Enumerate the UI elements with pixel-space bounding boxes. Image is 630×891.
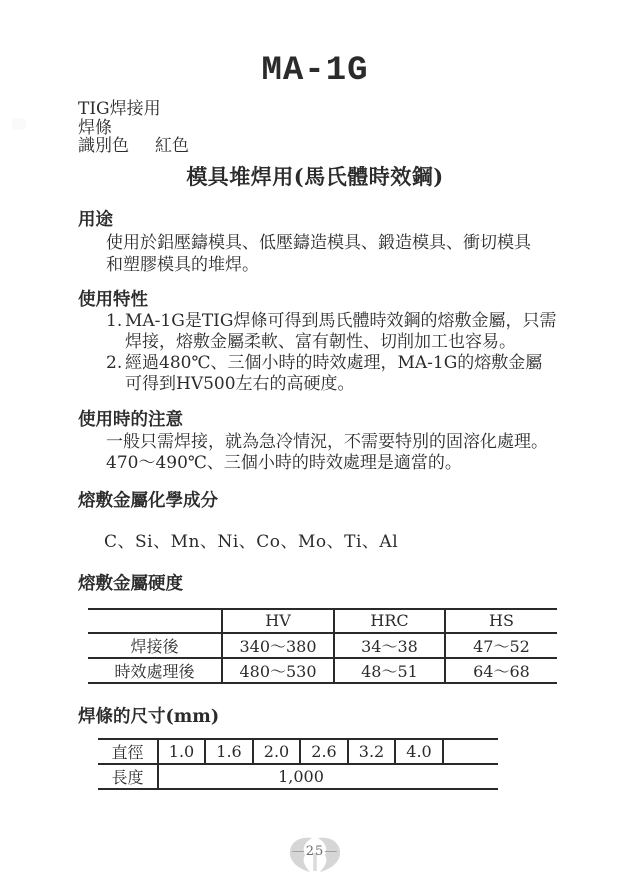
footer-dash-left: — [292, 844, 306, 859]
section-heading-usage: 用途 [78, 210, 630, 231]
precautions-line-1: 一般只需焊接，就為急冷情況，不需要特別的固溶化處理。 [106, 432, 590, 453]
feature-text: MA-1G是TIG焊條可得到馬氏體時效鋼的熔敷金屬，只需 [125, 311, 556, 331]
section-heading-hardness: 熔敷金屬硬度 [78, 574, 630, 595]
hardness-row1-label: 焊接後 [88, 633, 222, 658]
dimensions-table: 直徑 1.0 1.6 2.0 2.6 3.2 4.0 長度 1,000 [98, 738, 498, 790]
diameter-value: 2.6 [300, 739, 348, 764]
color-value: 紅色 [155, 136, 189, 156]
usage-paragraph: 使用於鋁壓鑄模具、低壓鑄造模具、鍛造模具、衝切模具 和塑膠模具的堆焊。 [106, 232, 590, 276]
meta-line-process: TIG焊接用 [78, 100, 630, 119]
length-value: 1,000 [158, 764, 498, 789]
page-footer: —25— [0, 835, 630, 875]
chemical-elements: C、Si、Mn、Ni、Co、Mo、Ti、Al [104, 527, 630, 552]
application-subtitle: 模具堆焊用(馬氏體時效鋼) [0, 164, 630, 190]
table-row: 焊接後 340～380 34～38 47～52 [88, 633, 557, 658]
precautions-paragraph: 一般只需焊接，就為急冷情況，不需要特別的固溶化處理。 470～490℃、三個小時… [106, 432, 590, 474]
scan-smudge [12, 118, 26, 130]
diameter-value: 1.6 [205, 739, 253, 764]
feature-item-2: 2.經過480℃、三個小時的時效處理，MA-1G的熔敷金屬 可得到HV500左右… [106, 353, 630, 395]
diameter-value: 1.0 [158, 739, 205, 764]
hardness-row1-hv: 340～380 [222, 633, 334, 658]
feature-text: 經過480℃、三個小時的時效處理，MA-1G的熔敷金屬 [125, 353, 542, 373]
feature-1-line-2: 焊接，熔敷金屬柔軟、富有韌性、切削加工也容易。 [125, 332, 630, 353]
hardness-row2-hrc: 48～51 [334, 658, 445, 683]
diameter-value: 4.0 [395, 739, 443, 764]
length-row: 長度 1,000 [98, 764, 498, 789]
hardness-header-hrc: HRC [334, 609, 445, 633]
feature-1-line-1: 1.MA-1G是TIG焊條可得到馬氏體時效鋼的熔敷金屬，只需 [106, 311, 630, 332]
feature-2-line-2: 可得到HV500左右的高硬度。 [125, 374, 630, 395]
feature-2-line-1: 2.經過480℃、三個小時的時效處理，MA-1G的熔敷金屬 [106, 353, 630, 374]
section-heading-precautions: 使用時的注意 [78, 410, 630, 431]
hardness-row2-hs: 64～68 [445, 658, 557, 683]
precautions-line-2: 470～490℃、三個小時的時效處理是適當的。 [106, 453, 590, 474]
catalog-page: MA-1G TIG焊接用 焊條 識別色紅色 模具堆焊用(馬氏體時效鋼) 用途 使… [0, 0, 630, 891]
hardness-table: HV HRC HS 焊接後 340～380 34～38 47～52 時效處理後 … [88, 608, 557, 684]
hardness-row2-hv: 480～530 [222, 658, 334, 683]
meta-line-rod-type: 焊條 [78, 119, 630, 138]
usage-line-1: 使用於鋁壓鑄模具、低壓鑄造模具、鍛造模具、衝切模具 [106, 232, 590, 254]
usage-line-2: 和塑膠模具的堆焊。 [106, 254, 590, 276]
diameter-value: 3.2 [348, 739, 395, 764]
color-label: 識別色 [78, 136, 129, 156]
page-title: MA-1G [0, 0, 630, 92]
page-number: —25— [0, 844, 630, 859]
hardness-header-hv: HV [222, 609, 334, 633]
list-number: 2. [106, 353, 125, 374]
diameter-row: 直徑 1.0 1.6 2.0 2.6 3.2 4.0 [98, 739, 498, 764]
hardness-header-empty [88, 609, 222, 633]
hardness-header-row: HV HRC HS [88, 609, 557, 633]
meta-line-color: 識別色紅色 [78, 137, 630, 156]
hardness-row1-hrc: 34～38 [334, 633, 445, 658]
section-heading-dimensions: 焊條的尺寸(mm) [78, 707, 630, 728]
section-heading-chemistry: 熔敷金屬化學成分 [78, 491, 630, 512]
diameter-value: 2.0 [253, 739, 300, 764]
diameter-empty-cell [443, 739, 498, 764]
hardness-header-hs: HS [445, 609, 557, 633]
product-meta: TIG焊接用 焊條 識別色紅色 [78, 100, 630, 156]
list-number: 1. [106, 311, 125, 332]
footer-dash-right: — [324, 844, 338, 859]
feature-item-1: 1.MA-1G是TIG焊條可得到馬氏體時效鋼的熔敷金屬，只需 焊接，熔敷金屬柔軟… [106, 311, 630, 353]
diameter-label: 直徑 [98, 739, 158, 764]
table-row: 時效處理後 480～530 48～51 64～68 [88, 658, 557, 683]
hardness-row2-label: 時效處理後 [88, 658, 222, 683]
length-label: 長度 [98, 764, 158, 789]
page-number-value: 25 [306, 844, 325, 859]
hardness-row1-hs: 47～52 [445, 633, 557, 658]
section-heading-features: 使用特性 [78, 290, 630, 311]
